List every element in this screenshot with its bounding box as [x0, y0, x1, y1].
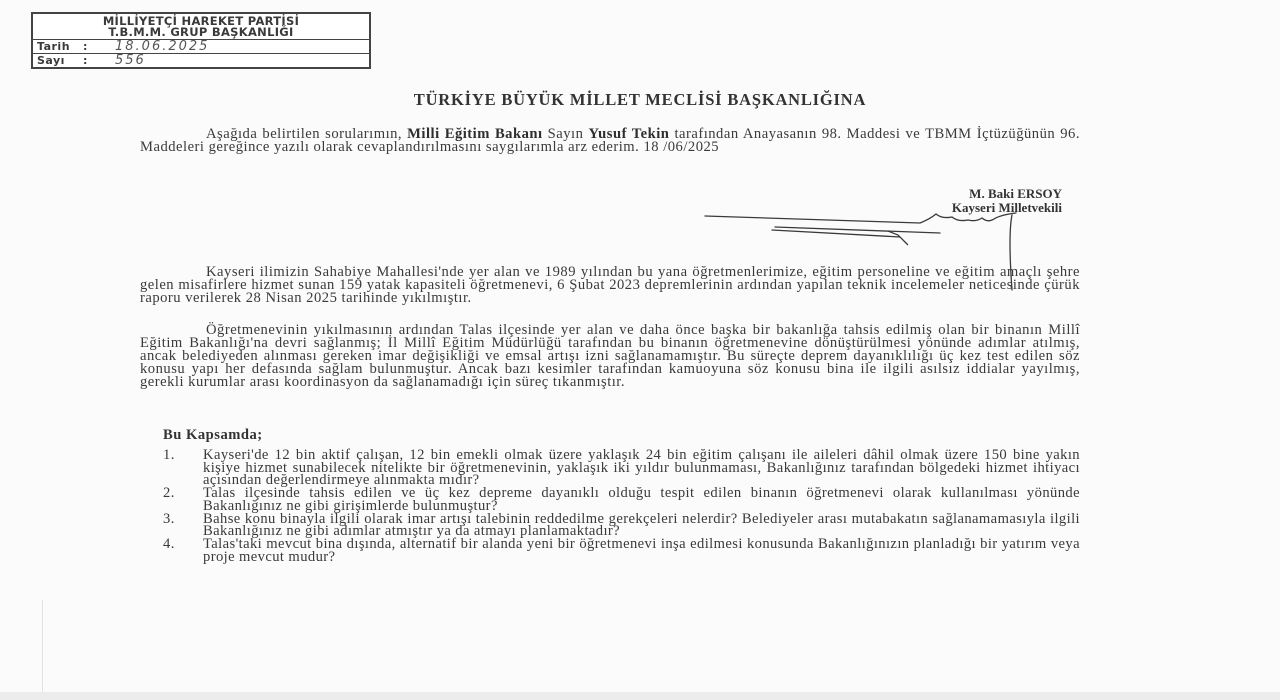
question-number: 3. — [163, 513, 203, 538]
scan-edge-line — [42, 600, 43, 692]
question-item: 3. Bahse konu binayla ilgili olarak imar… — [163, 513, 1080, 538]
question-text: Kayseri'de 12 bin aktif çalışan, 12 bin … — [203, 449, 1080, 487]
question-item: 2. Talas ilçesinde tahsis edilen ve üç k… — [163, 487, 1080, 512]
question-text: Talas'taki mevcut bina dışında, alternat… — [203, 538, 1080, 563]
document-heading: TÜRKİYE BÜYÜK MİLLET MECLİSİ BAŞKANLIĞIN… — [0, 90, 1280, 110]
question-item: 4. Talas'taki mevcut bina dışında, alter… — [163, 538, 1080, 563]
paragraph-text: Öğretmenevinin yıkılmasının ardından Tal… — [140, 322, 1080, 390]
stamp-date-row: Tarih : 18.06.2025 — [33, 40, 369, 54]
section-title: Bu Kapsamda; — [163, 427, 263, 444]
question-number: 1. — [163, 449, 203, 487]
intro-paragraph: Aşağıda belirtilen sorularımın, Milli Eğ… — [140, 128, 1080, 154]
party-stamp: MİLLİYETÇİ HAREKET PARTİSİ T.B.M.M. GRUP… — [31, 12, 371, 69]
stamp-number-row: Sayı : 556 — [33, 54, 369, 67]
signer-name: M. Baki ERSOY — [800, 187, 1062, 201]
scan-bottom-edge — [0, 692, 1280, 700]
stamp-date-value: 18.06.2025 — [97, 39, 209, 54]
scanned-document-page: MİLLİYETÇİ HAREKET PARTİSİ T.B.M.M. GRUP… — [0, 0, 1280, 700]
question-text: Talas ilçesinde tahsis edilen ve üç kez … — [203, 487, 1080, 512]
stamp-office-name: T.B.M.M. GRUP BAŞKANLIĞI — [33, 27, 369, 38]
body-paragraph: Öğretmenevinin yıkılmasının ardından Tal… — [140, 324, 1080, 389]
question-number: 2. — [163, 487, 203, 512]
question-number: 4. — [163, 538, 203, 563]
question-item: 1. Kayseri'de 12 bin aktif çalışan, 12 b… — [163, 449, 1080, 487]
stamp-colon: : — [83, 40, 97, 53]
body-paragraph: Kayseri ilimizin Sahabiye Mahallesi'nde … — [140, 266, 1080, 305]
stamp-colon: : — [83, 54, 97, 67]
paragraph-text: Kayseri ilimizin Sahabiye Mahallesi'nde … — [140, 264, 1080, 306]
question-text: Bahse konu binayla ilgili olarak imar ar… — [203, 513, 1080, 538]
stamp-number-value: 556 — [97, 53, 146, 68]
stamp-header: MİLLİYETÇİ HAREKET PARTİSİ T.B.M.M. GRUP… — [33, 14, 369, 40]
stamp-number-label: Sayı — [33, 54, 83, 67]
question-list: 1. Kayseri'de 12 bin aktif çalışan, 12 b… — [163, 449, 1080, 563]
stamp-date-label: Tarih — [33, 40, 83, 53]
